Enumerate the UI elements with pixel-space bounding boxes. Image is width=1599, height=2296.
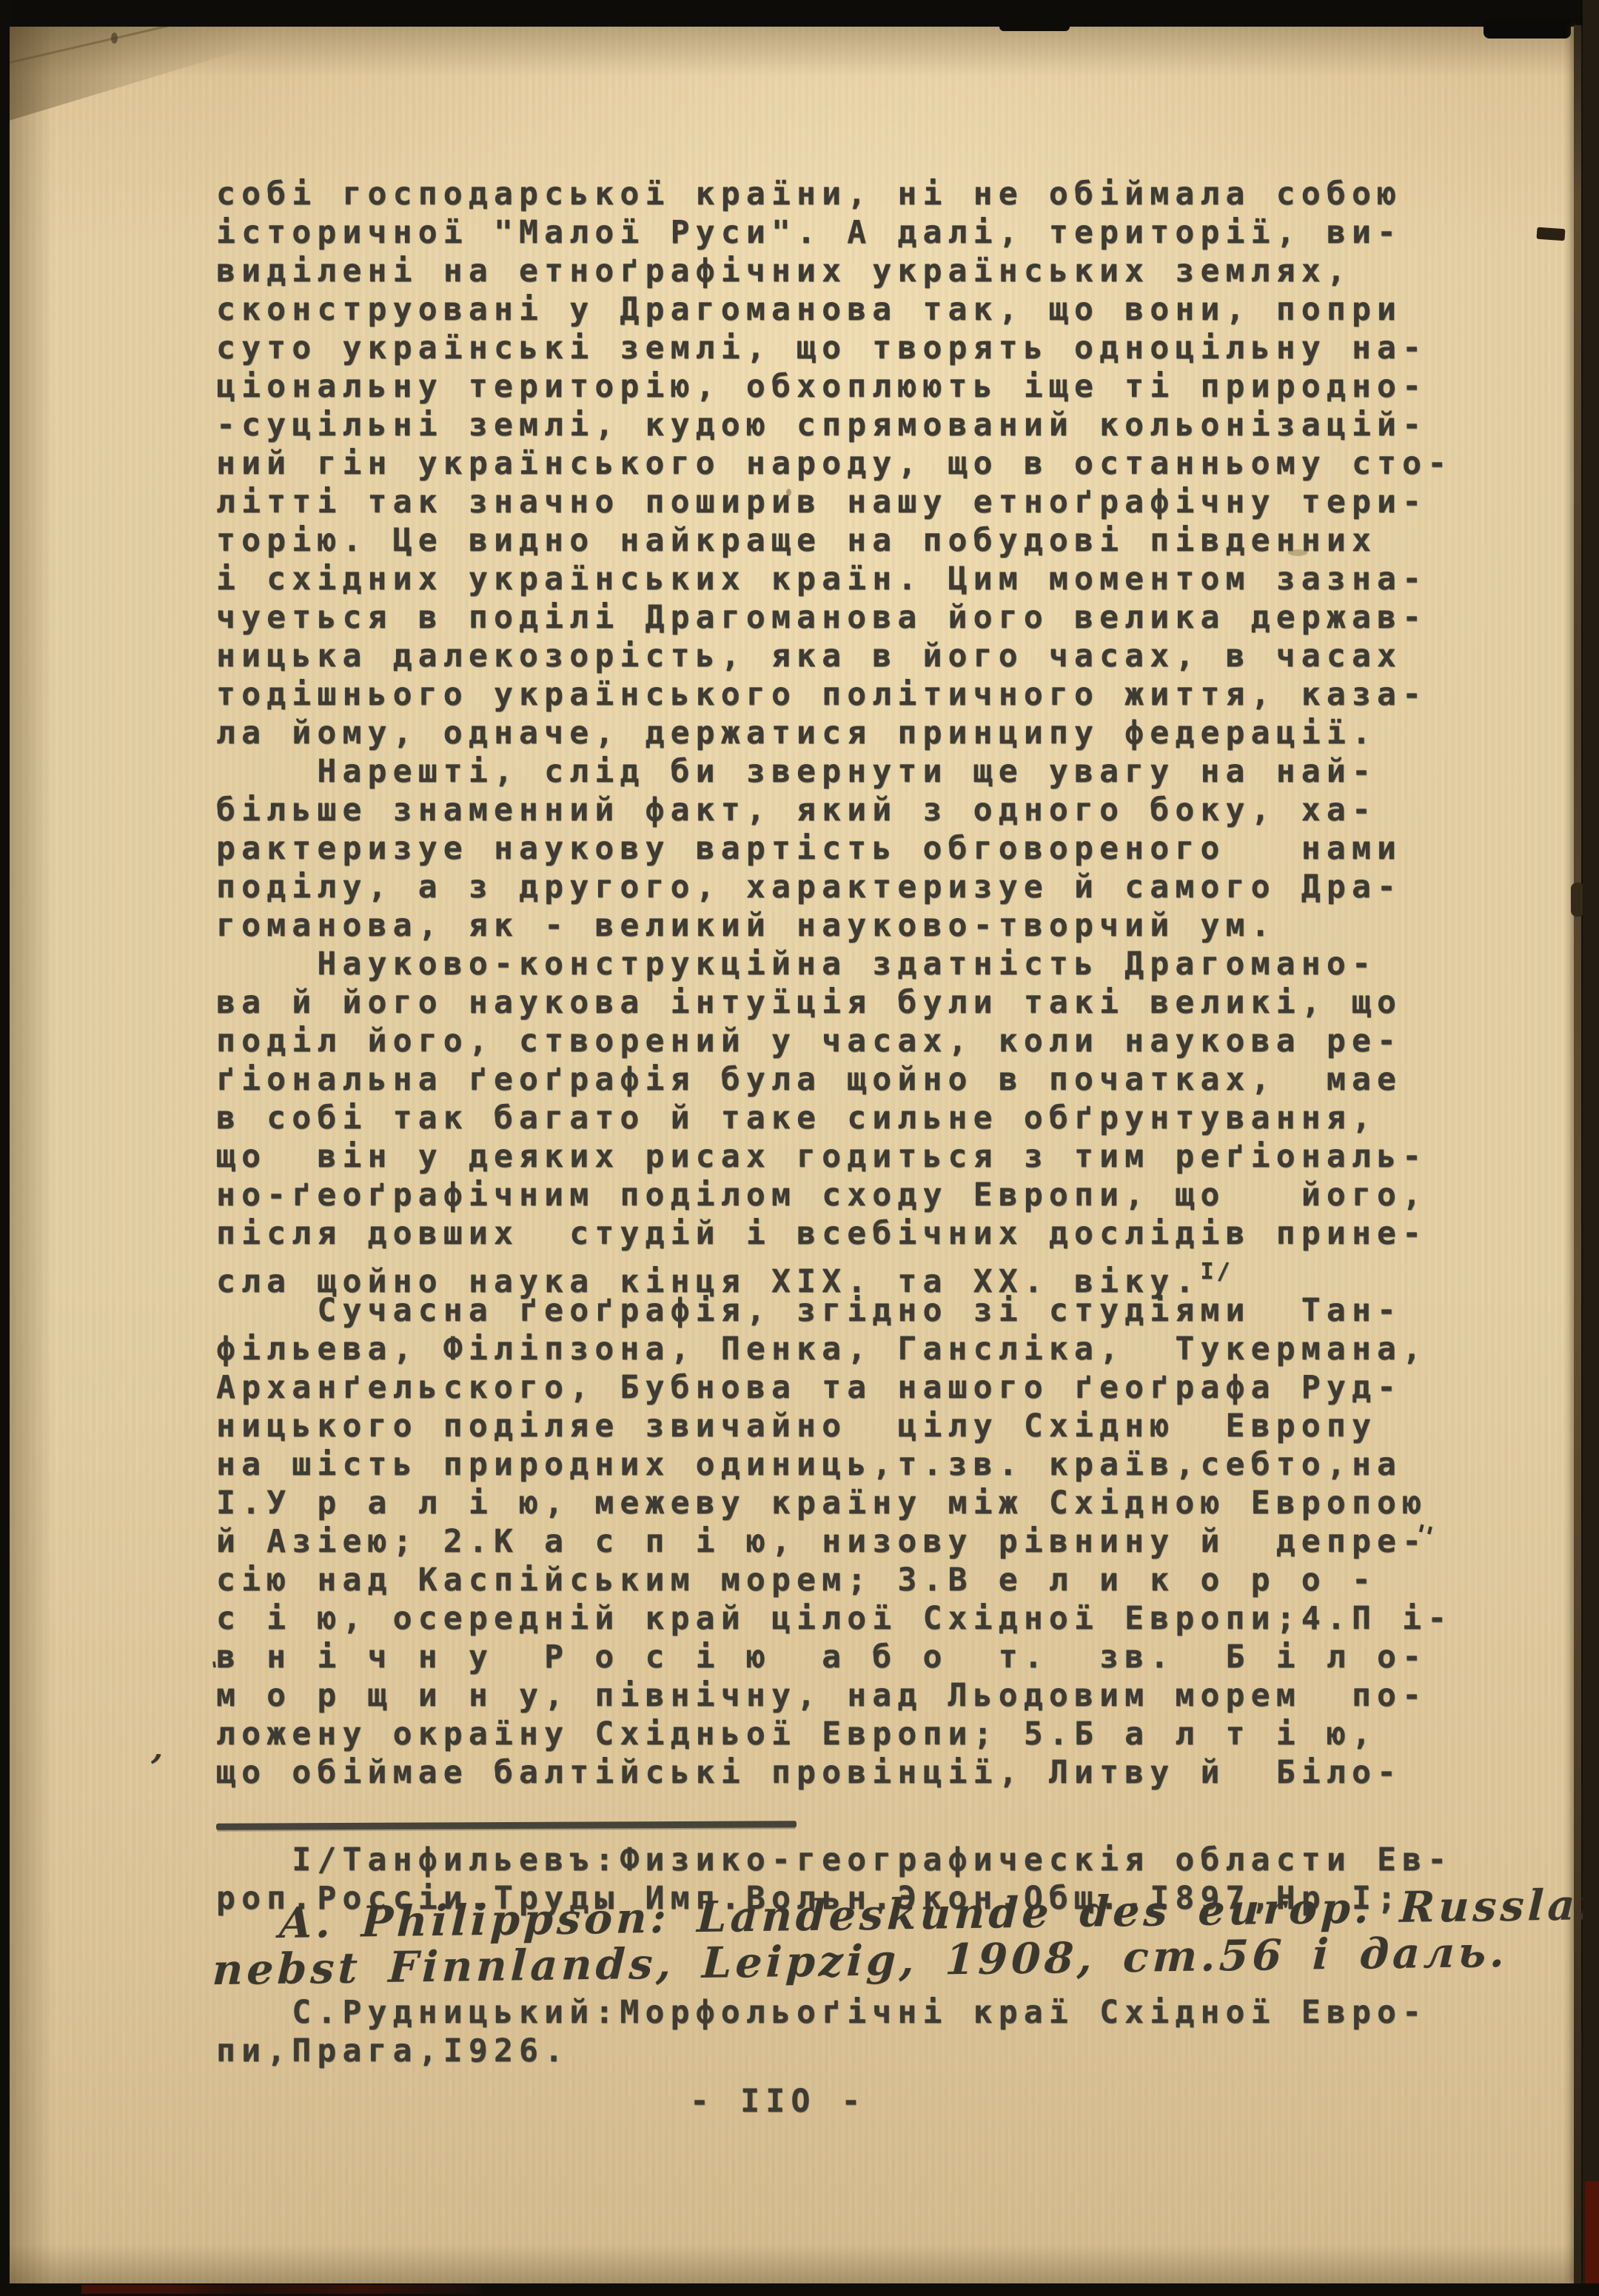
footnote-ref-mark: І/	[1200, 1259, 1233, 1285]
scan-edge-right	[1583, 0, 1599, 2296]
typed-text-line: літті так значно поширив нашу етноґрафіч…	[216, 483, 1489, 521]
typed-text-line: після довших студій і всебічних дослідів…	[216, 1214, 1489, 1253]
page-number: - ІІО -	[690, 2082, 867, 2121]
scan-edge-notch-right	[1484, 19, 1571, 39]
typed-text-line: ницького поділяе звичайно цілу Східню Ев…	[216, 1407, 1489, 1445]
typed-text-line: І.У р а л і ю, межеву країну між Східною…	[216, 1484, 1489, 1522]
paper-bottom-shadow	[9, 2244, 1578, 2285]
footnote-line: пи,Прага,І926.	[216, 2032, 1489, 2070]
typed-text-line: тодішнього українського політичного житт…	[216, 675, 1489, 714]
typed-text-line: собі господарської країни, ні не обіймал…	[216, 175, 1489, 213]
typed-text-line: с і ю, осередній край цілої Східної Евро…	[216, 1599, 1489, 1638]
typed-text-line: фільева, Філіпзона, Пенка, Гансліка, Тук…	[216, 1330, 1489, 1368]
typed-text-line: ґіональна ґеоґрафія була щойно в початка…	[216, 1060, 1489, 1099]
paper-blemish	[1288, 549, 1307, 556]
typed-text-line: ложену окраїну Східньої Европи; 5.Б а л …	[216, 1715, 1489, 1753]
typed-text-line: Нарешті, слід би звернути ще увагу на на…	[216, 752, 1489, 791]
typed-text-line: гоманова, як - великий науково-творчий у…	[216, 906, 1489, 945]
ink-speck	[111, 33, 118, 44]
typed-text-line: й Азіею; 2.К а с п і ю, низову рівнину й…	[216, 1522, 1489, 1561]
scan-edge-left	[0, 0, 10, 2296]
book-spine-line	[1574, 25, 1581, 2283]
footnote-line: С.Рудницький:Морфольоґічні краї Східної …	[216, 1993, 1489, 2032]
typed-text-line: що він у деяких рисах годиться з тим реґ…	[216, 1137, 1489, 1176]
typed-text-line: поділу, а з другого, характеризуе й само…	[216, 868, 1489, 906]
typed-text-line: на шість природних одиниць,т.зв. країв,с…	[216, 1445, 1489, 1484]
typed-text-line: ла йому, одначе, держатися принципу феде…	[216, 714, 1489, 752]
typed-text-line: но-ґеоґрафічним поділом сходу Европи, що…	[216, 1176, 1489, 1214]
typed-text-line: ціональну територію, обхоплюють іще ті п…	[216, 367, 1489, 406]
typed-text-line: Науково-конструкційна здатність Драгоман…	[216, 945, 1489, 983]
typed-body-text: собі господарської країни, ні не обіймал…	[216, 175, 1489, 1792]
typed-text-line: в собі так багато й таке сильне обґрунту…	[216, 1099, 1489, 1137]
typed-text-line: Арханґельского, Бубнова та нашого ґеоґра…	[216, 1368, 1489, 1407]
typed-text-line: в н і ч н у Р о с і ю а б о т. зв. Б і л…	[216, 1638, 1489, 1676]
typed-text-line: Сучасна ґеоґрафія, згідно зі студіями Та…	[216, 1291, 1489, 1330]
paper-left-shadow	[9, 24, 53, 2285]
typed-text-line: сконструовані у Драгоманова так, що вони…	[216, 290, 1489, 329]
scanned-page-scene: собі господарської країни, ні не обіймал…	[0, 0, 1599, 2296]
typed-text-line: історичної "Малої Руси". А далі, територ…	[216, 213, 1489, 252]
typed-text-line: ний гін українського народу, що в останн…	[216, 444, 1489, 483]
typed-text-line: сла щойно наука кінця XIX. та XX. віку.І…	[216, 1253, 1489, 1291]
typed-text-line: сію над Каспійським морем; 3.В е л и к о…	[216, 1561, 1489, 1599]
typed-text-line: і східних українських країн. Цим моменто…	[216, 560, 1489, 598]
typed-text-line: ницька далекозорість, яка в його часах, …	[216, 637, 1489, 675]
footnote-line: І/Танфильевъ:Физико-географическія облас…	[216, 1841, 1489, 1879]
typed-text-line: більше знаменний факт, який з одного бок…	[216, 791, 1489, 829]
typed-text-line: виділені на етноґрафічних українських зе…	[216, 252, 1489, 290]
spine-dash-mark	[1536, 227, 1565, 241]
typed-text-line: м о р щ и н у, північну, над Льодовим мо…	[216, 1676, 1489, 1715]
scan-edge-red-bottom	[81, 2285, 481, 2294]
handwritten-citation: A. Philippson: Landeskunde des europ. Ru…	[212, 1884, 1518, 1994]
ink-speck	[786, 489, 791, 496]
typed-text-line: рактеризуе наукову вартість обговореного…	[216, 829, 1489, 868]
typed-text-line: суто українські землі, що творять одноці…	[216, 329, 1489, 367]
typed-text-line: поділ його, створений у часах, коли наук…	[216, 1022, 1489, 1060]
typed-text-line: ва й його наукова інтуїція були такі вел…	[216, 983, 1489, 1022]
footnote-typed-bottom: С.Рудницький:Морфольоґічні краї Східної …	[216, 1993, 1489, 2070]
scan-edge-top	[0, 0, 1599, 27]
typed-text-line: -суцільні землі, кудою спрямований кольо…	[216, 406, 1489, 444]
scan-edge-notch-small	[999, 21, 1070, 31]
typed-text-line: чуеться в поділі Драгоманова його велика…	[216, 598, 1489, 637]
scan-edge-red-right	[1585, 2181, 1599, 2285]
typed-text-line: що обіймае балтійські провінції, Литву й…	[216, 1753, 1489, 1792]
